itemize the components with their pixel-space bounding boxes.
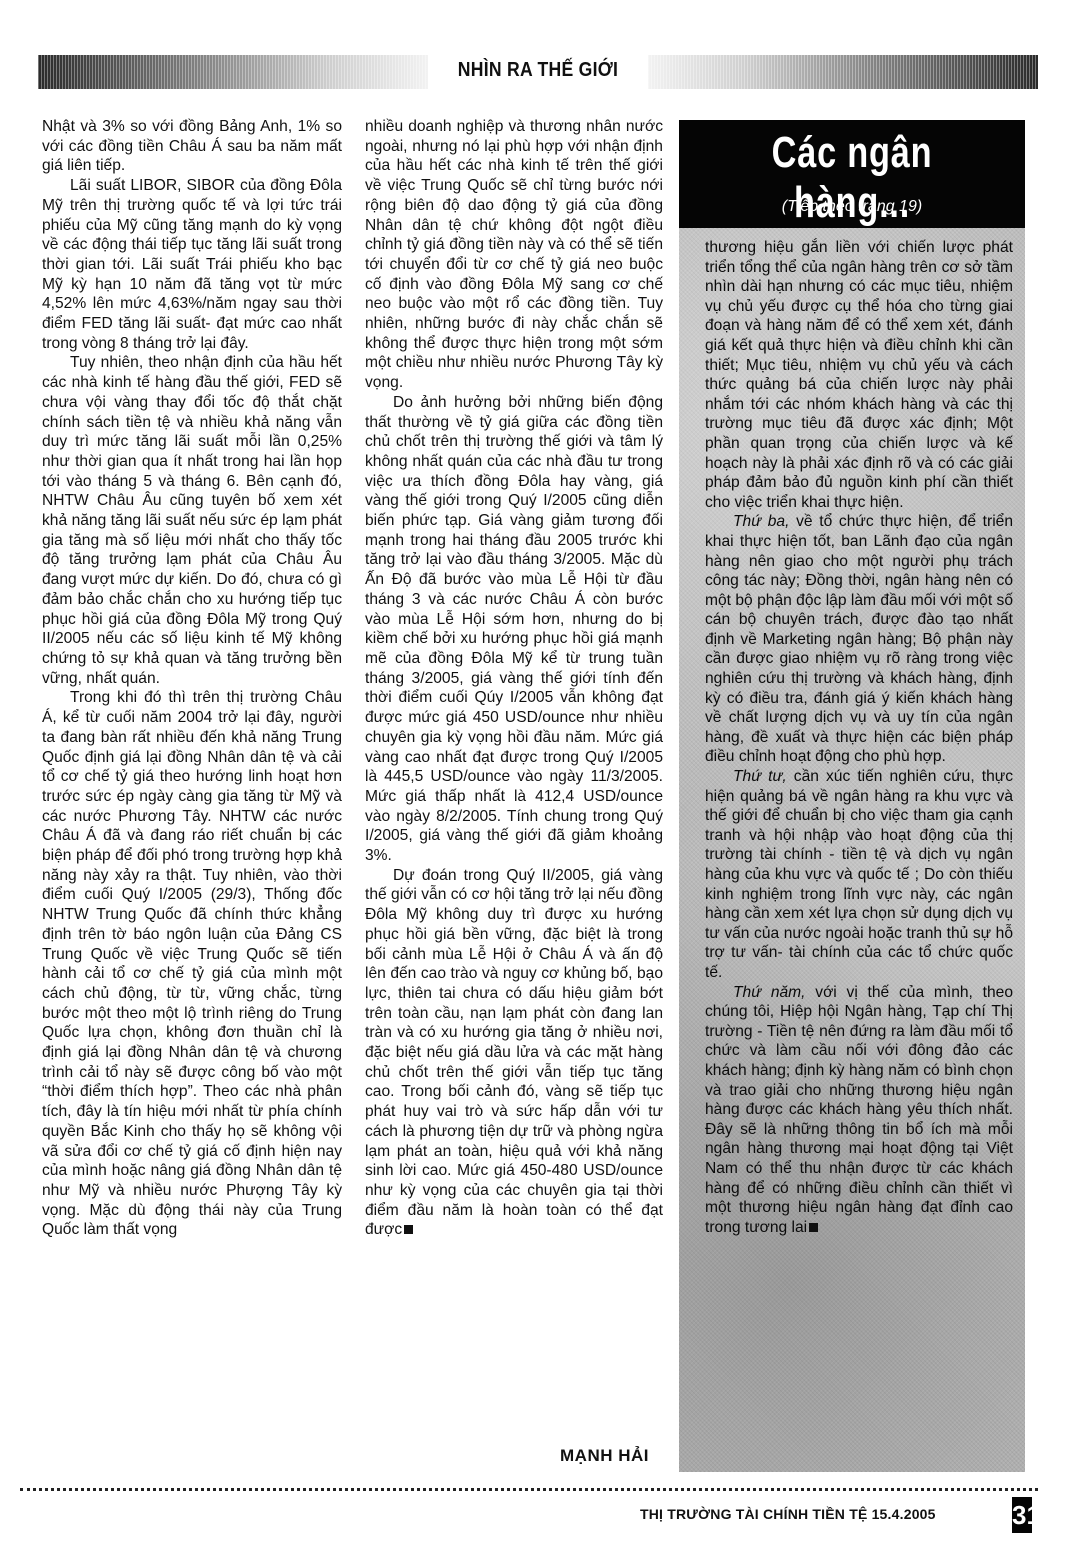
section-title: NHÌN RA THẾ GIỚI	[98, 59, 978, 82]
sidebar-paragraph: Thứ năm, với vị thế của mình, theo chúng…	[705, 983, 1013, 1238]
article-paragraph: Do ảnh hưởng bởi những biến động thất th…	[365, 393, 663, 866]
article-paragraph: Trong khi đó thì trên thị trường Châu Á,…	[42, 688, 342, 1240]
sidebar-paragraph-lead: Thứ tư,	[733, 768, 787, 785]
sidebar-paragraph-text: với vị thế của mình, theo chúng tôi, Hiệ…	[705, 984, 1013, 1236]
sidebar-text: thương hiệu gắn liền với chiến lược phát…	[705, 238, 1013, 1237]
section-header-band: NHÌN RA THẾ GIỚI	[38, 55, 1038, 89]
article-paragraph: Tuy nhiên, theo nhận định của hầu hết cá…	[42, 353, 342, 688]
article-paragraph-final: Dự đoán trong Quý II/2005, giá vàng thế …	[365, 866, 663, 1240]
sidebar-continuation-note: (Tiếp theo trang 19)	[679, 198, 1025, 216]
article-paragraph: Lãi suất LIBOR, SIBOR của đồng Đôla Mỹ t…	[42, 176, 342, 353]
footer-publication: THỊ TRƯỜNG TÀI CHÍNH TIỀN TỆ 15.4.2005	[640, 1506, 936, 1522]
sidebar-header: Các ngân hàng... (Tiếp theo trang 19)	[679, 120, 1025, 228]
sidebar-article: Các ngân hàng... (Tiếp theo trang 19) th…	[679, 120, 1025, 1472]
sidebar-paragraph: Thứ ba, về tổ chức thực hiện, để triển k…	[705, 512, 1013, 767]
author-byline: MẠNH HẢI	[560, 1446, 649, 1466]
footer-divider	[20, 1488, 1038, 1491]
end-of-article-icon	[809, 1223, 818, 1232]
sidebar-body: thương hiệu gắn liền với chiến lược phát…	[679, 228, 1025, 1472]
sidebar-paragraph-lead: Thứ ba,	[733, 513, 789, 530]
article-paragraph: Nhật và 3% so với đồng Bảng Anh, 1% so v…	[42, 117, 342, 176]
article-column-1: Nhật và 3% so với đồng Bảng Anh, 1% so v…	[42, 117, 342, 1240]
sidebar-paragraph-text: về tổ chức thực hiện, để triển khai thực…	[705, 513, 1013, 765]
sidebar-paragraph: Thứ tư, cần xúc tiến nghiên cứu, thực hi…	[705, 767, 1013, 983]
article-column-2: nhiều doanh nghiệp và thương nhân nước n…	[365, 117, 663, 1240]
sidebar-paragraph: thương hiệu gắn liền với chiến lược phát…	[705, 238, 1013, 512]
article-paragraph-text: Dự đoán trong Quý II/2005, giá vàng thế …	[365, 867, 663, 1239]
page-number: 31	[1012, 1497, 1032, 1533]
article-paragraph: nhiều doanh nghiệp và thương nhân nước n…	[365, 117, 663, 393]
sidebar-paragraph-lead: Thứ năm,	[733, 984, 806, 1001]
sidebar-paragraph-text: thương hiệu gắn liền với chiến lược phát…	[705, 239, 1013, 511]
end-of-article-icon	[404, 1225, 413, 1234]
sidebar-paragraph-text: cần xúc tiến nghiên cứu, thực hiện quảng…	[705, 768, 1013, 981]
